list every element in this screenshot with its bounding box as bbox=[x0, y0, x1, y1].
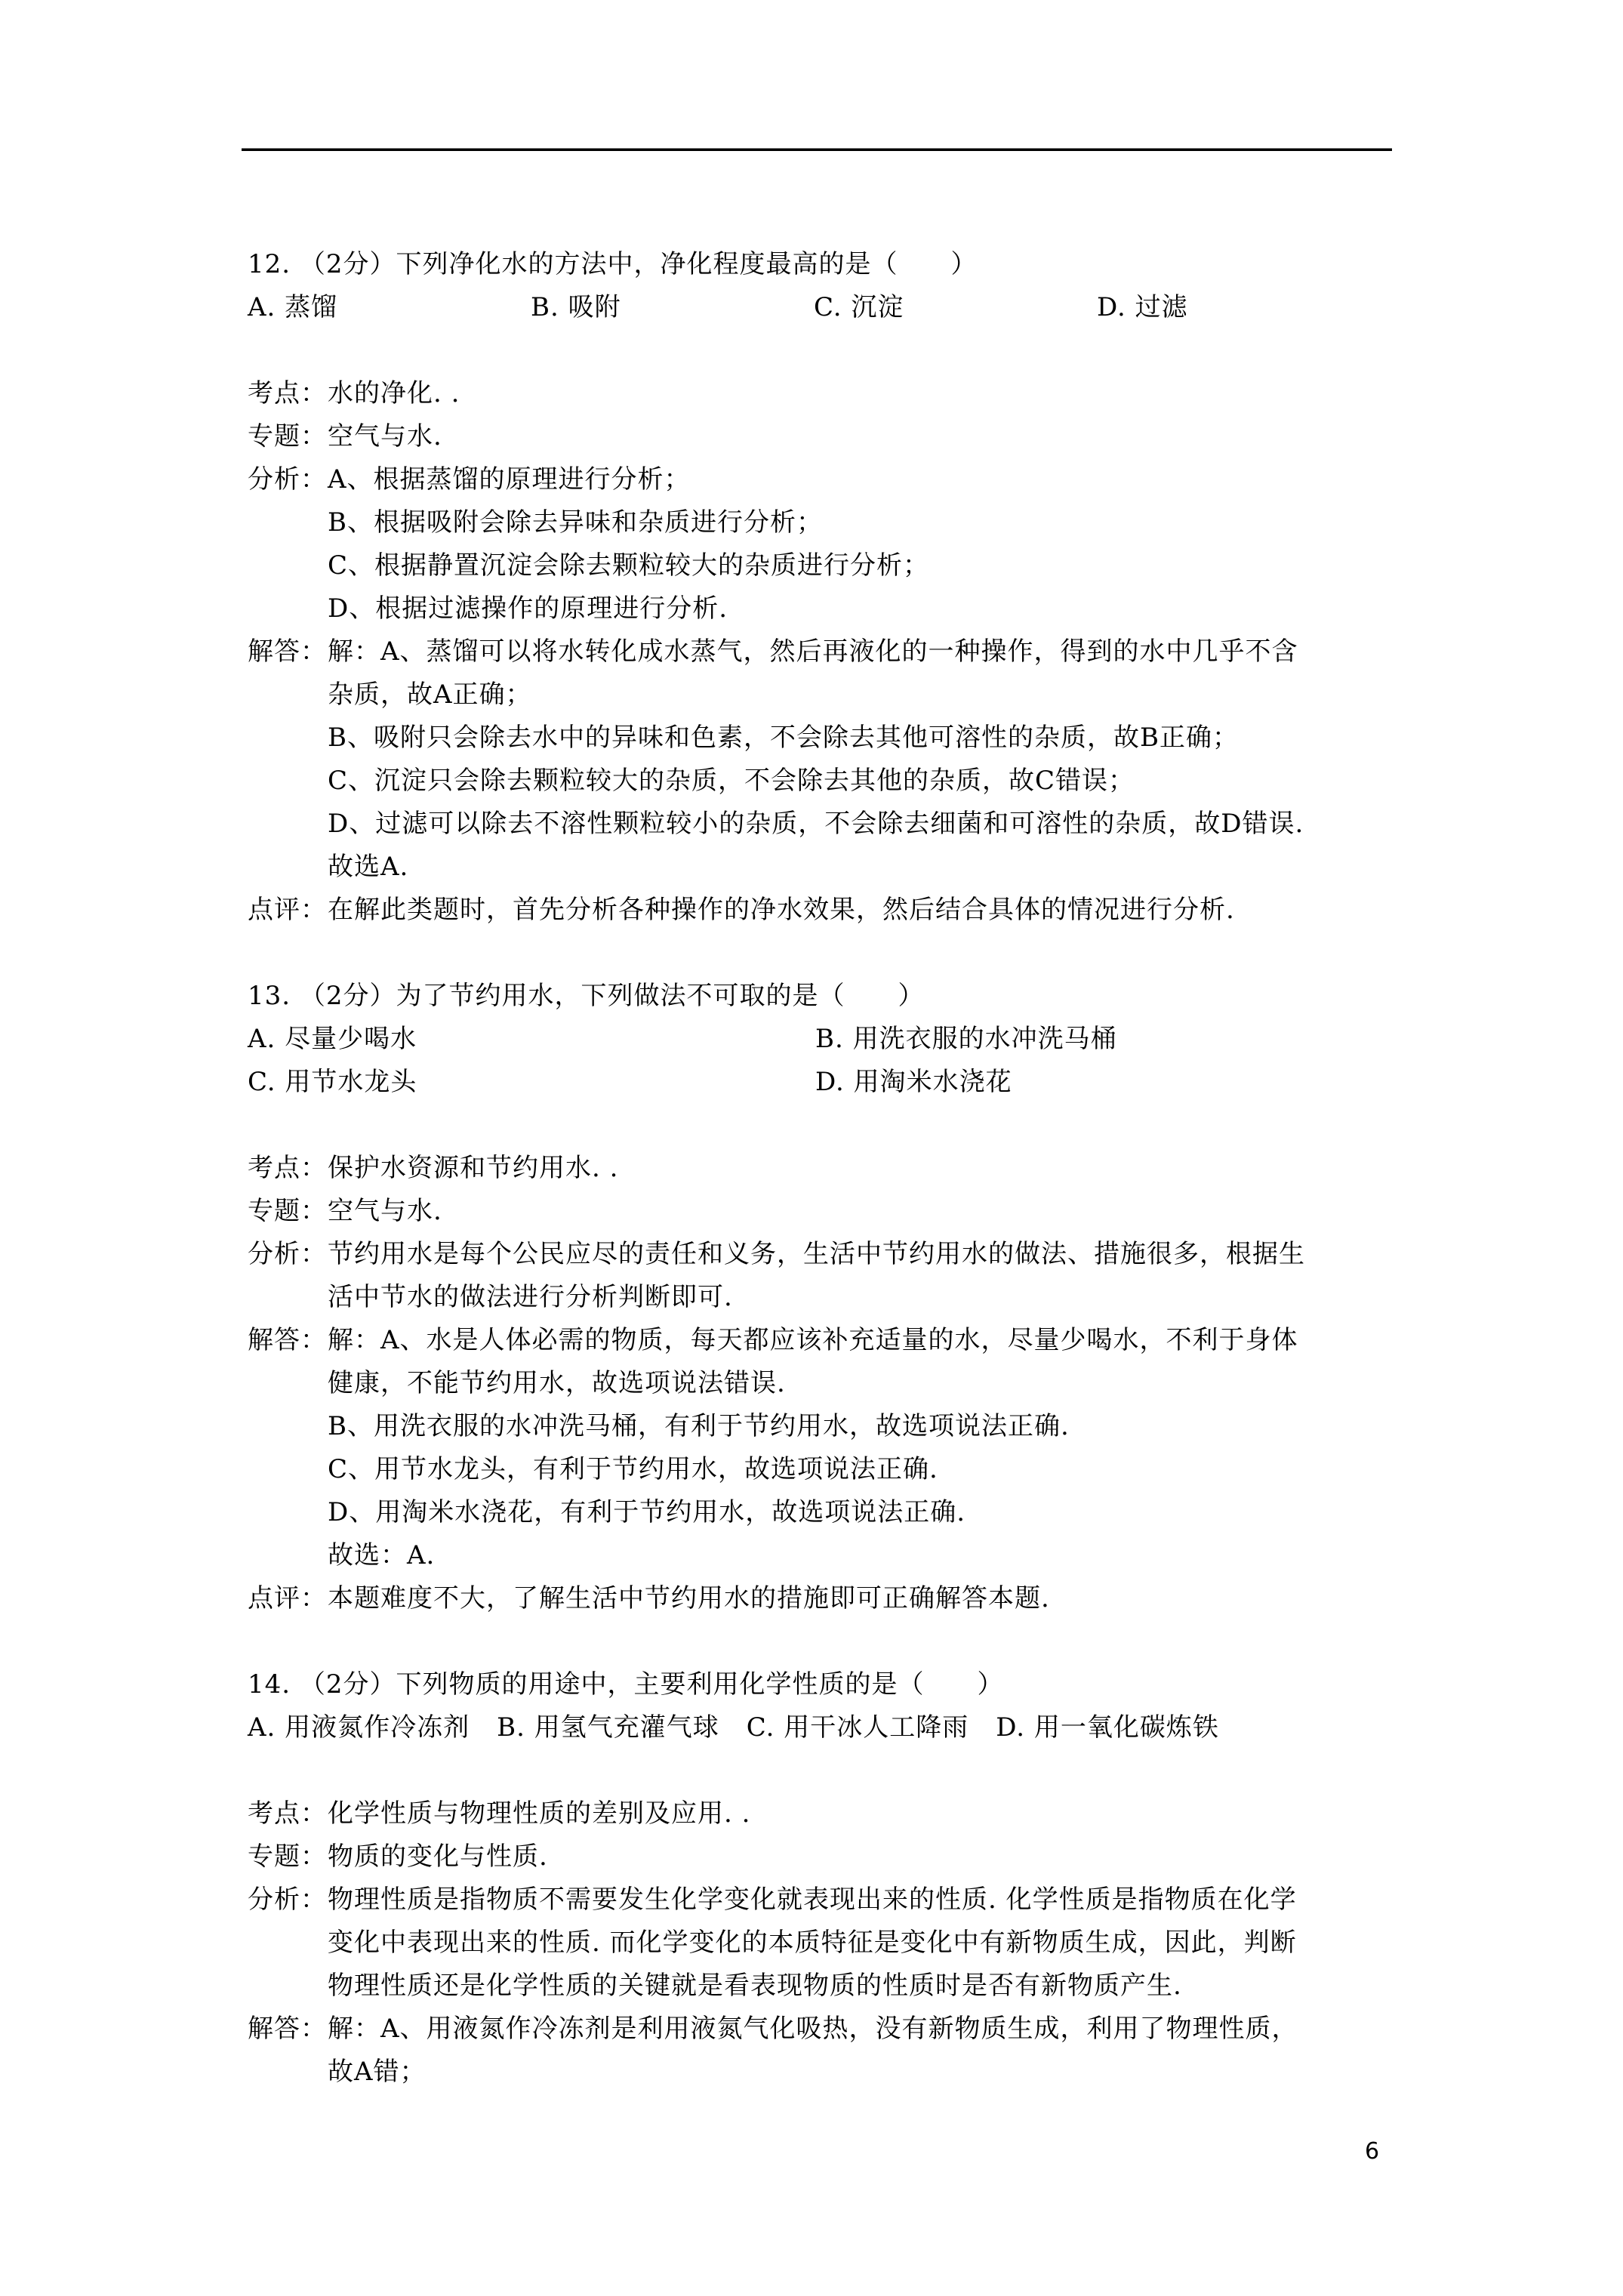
fenxi-line: 变化中表现出来的性质. 而化学变化的本质特征是变化中有新物质生成，因此，判断 bbox=[328, 1922, 1395, 1965]
question-12: 12. （2分）下列净化水的方法中，净化程度最高的是（ ） A. 蒸馏 B. 吸… bbox=[248, 243, 1395, 932]
option-d: D. 用一氧化碳炼铁 bbox=[996, 1706, 1219, 1749]
fenxi-field: 分析： 物理性质是指物质不需要发生化学变化就表现出来的性质. 化学性质是指物质在… bbox=[248, 1878, 1395, 2008]
option-b: B. 吸附 bbox=[531, 286, 814, 329]
dianping-label: 点评： bbox=[248, 889, 328, 932]
question-14: 14. （2分）下列物质的用途中，主要利用化学性质的是（ ） A. 用液氮作冷冻… bbox=[248, 1663, 1395, 2094]
zhuanti-label: 专题： bbox=[248, 1835, 328, 1878]
page-content: 12. （2分）下列净化水的方法中，净化程度最高的是（ ） A. 蒸馏 B. 吸… bbox=[248, 243, 1395, 2094]
jieda-line: 故A错； bbox=[328, 2051, 1395, 2094]
fenxi-line: B、根据吸附会除去异味和杂质进行分析； bbox=[328, 501, 1395, 544]
fenxi-line: 物理性质是指物质不需要发生化学变化就表现出来的性质. 化学性质是指物质在化学 bbox=[328, 1878, 1395, 1922]
fenxi-line: 活中节水的做法进行分析判断即可. bbox=[328, 1276, 1395, 1319]
jieda-field: 解答： 解：A、水是人体必需的物质，每天都应该补充适量的水，尽量少喝水，不利于身… bbox=[248, 1319, 1395, 1577]
question-stem: 13. （2分）为了节约用水，下列做法不可取的是（ ） bbox=[248, 975, 1395, 1018]
jieda-line: 杂质，故A正确； bbox=[328, 673, 1395, 717]
fenxi-label: 分析： bbox=[248, 1233, 328, 1319]
option-d: D. 用淘米水浇花 bbox=[815, 1061, 1383, 1104]
fenxi-label: 分析： bbox=[248, 458, 328, 630]
fenxi-line: C、根据静置沉淀会除去颗粒较大的杂质进行分析； bbox=[328, 544, 1395, 587]
kaodian-label: 考点： bbox=[248, 1792, 328, 1835]
jieda-line: 解：A、蒸馏可以将水转化成水蒸气，然后再液化的一种操作，得到的水中几乎不含 bbox=[328, 630, 1395, 673]
header-rule bbox=[242, 148, 1392, 151]
option-c: C. 用节水龙头 bbox=[248, 1061, 815, 1104]
jieda-line: C、用节水龙头，有利于节约用水，故选项说法正确. bbox=[328, 1448, 1395, 1491]
option-b: B. 用氢气充灌气球 bbox=[497, 1706, 719, 1749]
option-b: B. 用洗衣服的水冲洗马桶 bbox=[815, 1018, 1383, 1061]
fenxi-line: 物理性质还是化学性质的关键就是看表现物质的性质时是否有新物质产生. bbox=[328, 1965, 1395, 2008]
jieda-label: 解答： bbox=[248, 1319, 328, 1577]
option-a: A. 蒸馏 bbox=[248, 286, 531, 329]
kaodian-text: 水的净化. . bbox=[328, 372, 1395, 415]
zhuanti-label: 专题： bbox=[248, 1190, 328, 1233]
jieda-line: 解：A、用液氮作冷冻剂是利用液氮气化吸热，没有新物质生成，利用了物理性质， bbox=[328, 2008, 1395, 2051]
kaodian-label: 考点： bbox=[248, 372, 328, 415]
zhuanti-text: 空气与水. bbox=[328, 415, 1395, 458]
option-c: C. 用干冰人工降雨 bbox=[747, 1706, 969, 1749]
question-stem: 14. （2分）下列物质的用途中，主要利用化学性质的是（ ） bbox=[248, 1663, 1395, 1706]
jieda-line: B、用洗衣服的水冲洗马桶，有利于节约用水，故选项说法正确. bbox=[328, 1405, 1395, 1448]
jieda-field: 解答： 解：A、用液氮作冷冻剂是利用液氮气化吸热，没有新物质生成，利用了物理性质… bbox=[248, 2008, 1395, 2094]
jieda-label: 解答： bbox=[248, 2008, 328, 2094]
fenxi-line: 节约用水是每个公民应尽的责任和义务，生活中节约用水的做法、措施很多，根据生 bbox=[328, 1233, 1395, 1276]
zhuanti-text: 物质的变化与性质. bbox=[328, 1835, 1395, 1878]
jieda-line: B、吸附只会除去水中的异味和色素，不会除去其他可溶性的杂质，故B正确； bbox=[328, 717, 1395, 760]
jieda-field: 解答： 解：A、蒸馏可以将水转化成水蒸气，然后再液化的一种操作，得到的水中几乎不… bbox=[248, 630, 1395, 889]
dianping-text: 在解此类题时，首先分析各种操作的净水效果，然后结合具体的情况进行分析. bbox=[328, 889, 1395, 932]
zhuanti-field: 专题： 空气与水. bbox=[248, 1190, 1395, 1233]
option-a: A. 用液氮作冷冻剂 bbox=[248, 1706, 470, 1749]
kaodian-text: 化学性质与物理性质的差别及应用. . bbox=[328, 1792, 1395, 1835]
option-c: C. 沉淀 bbox=[814, 286, 1097, 329]
option-a: A. 尽量少喝水 bbox=[248, 1018, 815, 1061]
jieda-line: D、用淘米水浇花，有利于节约用水，故选项说法正确. bbox=[328, 1491, 1395, 1534]
zhuanti-text: 空气与水. bbox=[328, 1190, 1395, 1233]
zhuanti-label: 专题： bbox=[248, 415, 328, 458]
jieda-label: 解答： bbox=[248, 630, 328, 889]
options-row: A. 用液氮作冷冻剂 B. 用氢气充灌气球 C. 用干冰人工降雨 D. 用一氧化… bbox=[248, 1706, 1395, 1749]
kaodian-text: 保护水资源和节约用水. . bbox=[328, 1147, 1395, 1190]
kaodian-field: 考点： 化学性质与物理性质的差别及应用. . bbox=[248, 1792, 1395, 1835]
dianping-field: 点评： 本题难度不大，了解生活中节约用水的措施即可正确解答本题. bbox=[248, 1577, 1395, 1620]
option-d: D. 过滤 bbox=[1097, 286, 1380, 329]
dianping-field: 点评： 在解此类题时，首先分析各种操作的净水效果，然后结合具体的情况进行分析. bbox=[248, 889, 1395, 932]
jieda-line: 解：A、水是人体必需的物质，每天都应该补充适量的水，尽量少喝水，不利于身体 bbox=[328, 1319, 1395, 1362]
options-row: A. 尽量少喝水 B. 用洗衣服的水冲洗马桶 bbox=[248, 1018, 1395, 1061]
question-stem: 12. （2分）下列净化水的方法中，净化程度最高的是（ ） bbox=[248, 243, 1395, 286]
dianping-label: 点评： bbox=[248, 1577, 328, 1620]
jieda-line: 故选A. bbox=[328, 846, 1395, 889]
jieda-line: 健康，不能节约用水，故选项说法错误. bbox=[328, 1362, 1395, 1405]
dianping-text: 本题难度不大，了解生活中节约用水的措施即可正确解答本题. bbox=[328, 1577, 1395, 1620]
fenxi-field: 分析： A、根据蒸馏的原理进行分析； B、根据吸附会除去异味和杂质进行分析； C… bbox=[248, 458, 1395, 630]
jieda-line: D、过滤可以除去不溶性颗粒较小的杂质，不会除去细菌和可溶性的杂质，故D错误. bbox=[328, 803, 1395, 846]
question-13: 13. （2分）为了节约用水，下列做法不可取的是（ ） A. 尽量少喝水 B. … bbox=[248, 975, 1395, 1620]
jieda-line: 故选：A. bbox=[328, 1534, 1395, 1577]
fenxi-label: 分析： bbox=[248, 1878, 328, 2008]
kaodian-field: 考点： 水的净化. . bbox=[248, 372, 1395, 415]
fenxi-field: 分析： 节约用水是每个公民应尽的责任和义务，生活中节约用水的做法、措施很多，根据… bbox=[248, 1233, 1395, 1319]
fenxi-line: D、根据过滤操作的原理进行分析. bbox=[328, 587, 1395, 630]
options-row: A. 蒸馏 B. 吸附 C. 沉淀 D. 过滤 bbox=[248, 286, 1395, 329]
page-number: 6 bbox=[1365, 2137, 1379, 2167]
zhuanti-field: 专题： 空气与水. bbox=[248, 415, 1395, 458]
options-row: C. 用节水龙头 D. 用淘米水浇花 bbox=[248, 1061, 1395, 1104]
zhuanti-field: 专题： 物质的变化与性质. bbox=[248, 1835, 1395, 1878]
jieda-line: C、沉淀只会除去颗粒较大的杂质，不会除去其他的杂质，故C错误； bbox=[328, 760, 1395, 803]
kaodian-label: 考点： bbox=[248, 1147, 328, 1190]
kaodian-field: 考点： 保护水资源和节约用水. . bbox=[248, 1147, 1395, 1190]
fenxi-line: A、根据蒸馏的原理进行分析； bbox=[328, 458, 1395, 501]
